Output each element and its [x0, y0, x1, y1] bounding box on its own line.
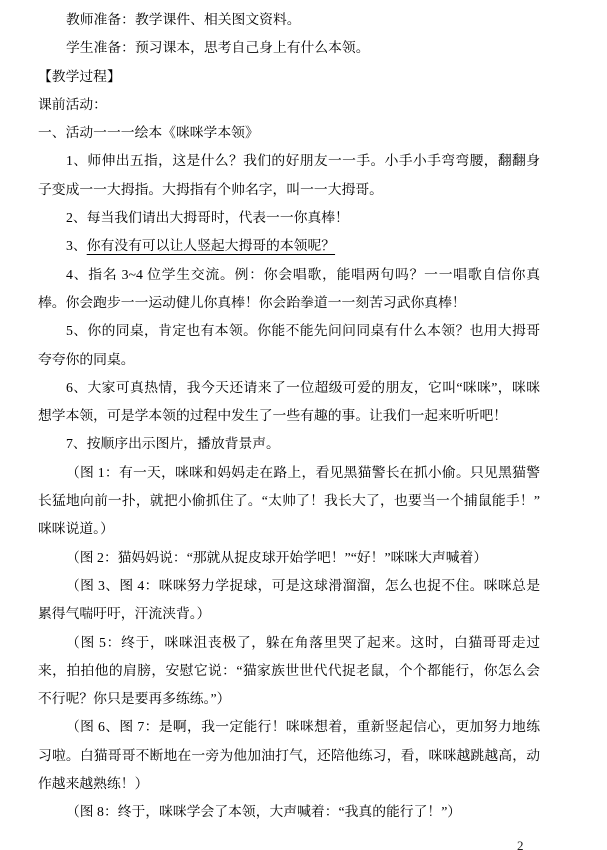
step-3-number: 3、: [66, 238, 87, 253]
document-page: 教师准备：教学课件、相关图文资料。 学生准备：预习课本，思考自己身上有什么本领。…: [0, 0, 607, 850]
paragraph-student-preparation: 学生准备：预习课本，思考自己身上有什么本领。: [38, 34, 540, 62]
document-body: 教师准备：教学课件、相关图文资料。 学生准备：预习课本，思考自己身上有什么本领。…: [38, 6, 540, 827]
heading-teaching-process: 【教学过程】: [38, 63, 540, 91]
paragraph-step-4: 4、指名 3~4 位学生交流。例：你会唱歌，能唱两句吗？一一唱歌自信你真棒。你会…: [38, 261, 540, 318]
paragraph-step-6: 6、大家可真热情，我今天还请来了一位超级可爱的朋友，它叫“咪咪”，咪咪想学本领，…: [38, 374, 540, 431]
paragraph-picture-5: （图 5：终于，咪咪沮丧极了，躲在角落里哭了起来。这时，白猫哥哥走过来，拍拍他的…: [38, 629, 540, 714]
paragraph-picture-8: （图 8：终于，咪咪学会了本领，大声喊着：“我真的能行了！”）: [38, 798, 540, 826]
paragraph-step-3: 3、你有没有可以让人竖起大拇哥的本领呢？: [38, 232, 540, 260]
heading-activity-picture-book-title: 一、活动一一一绘本《咪咪学本领》: [38, 119, 540, 147]
paragraph-picture-2: （图 2：猫妈妈说：“那就从捉皮球开始学吧！”“好！”咪咪大声喊着）: [38, 544, 540, 572]
step-3-underlined-question: 你有没有可以让人竖起大拇哥的本领呢？: [87, 238, 335, 253]
page-number: 2: [517, 838, 524, 850]
paragraph-step-1: 1、师伸出五指，这是什么？我们的好朋友一一手。小手小手弯弯腰，翻翻身子变成一一大…: [38, 147, 540, 204]
paragraph-picture-1: （图 1：有一天，咪咪和妈妈走在路上，看见黑猫警长在抓小偷。只见黑猫警长猛地向前…: [38, 459, 540, 544]
paragraph-step-7: 7、按顺序出示图片，播放背景声。: [38, 430, 540, 458]
paragraph-step-2: 2、每当我们请出大拇哥时，代表一一你真棒！: [38, 204, 540, 232]
heading-pre-class-activity: 课前活动：: [38, 91, 540, 119]
paragraph-picture-3-4: （图 3、图 4：咪咪努力学捉球，可是这球滑溜溜，怎么也捉不住。咪咪总是累得气喘…: [38, 572, 540, 629]
paragraph-teacher-preparation: 教师准备：教学课件、相关图文资料。: [38, 6, 540, 34]
paragraph-picture-6-7: （图 6、图 7：是啊，我一定能行！咪咪想着，重新竖起信心，更加努力地练习啦。白…: [38, 713, 540, 798]
paragraph-step-5: 5、你的同桌，肯定也有本领。你能不能先问问同桌有什么本领？也用大拇哥夸夸你的同桌…: [38, 317, 540, 374]
